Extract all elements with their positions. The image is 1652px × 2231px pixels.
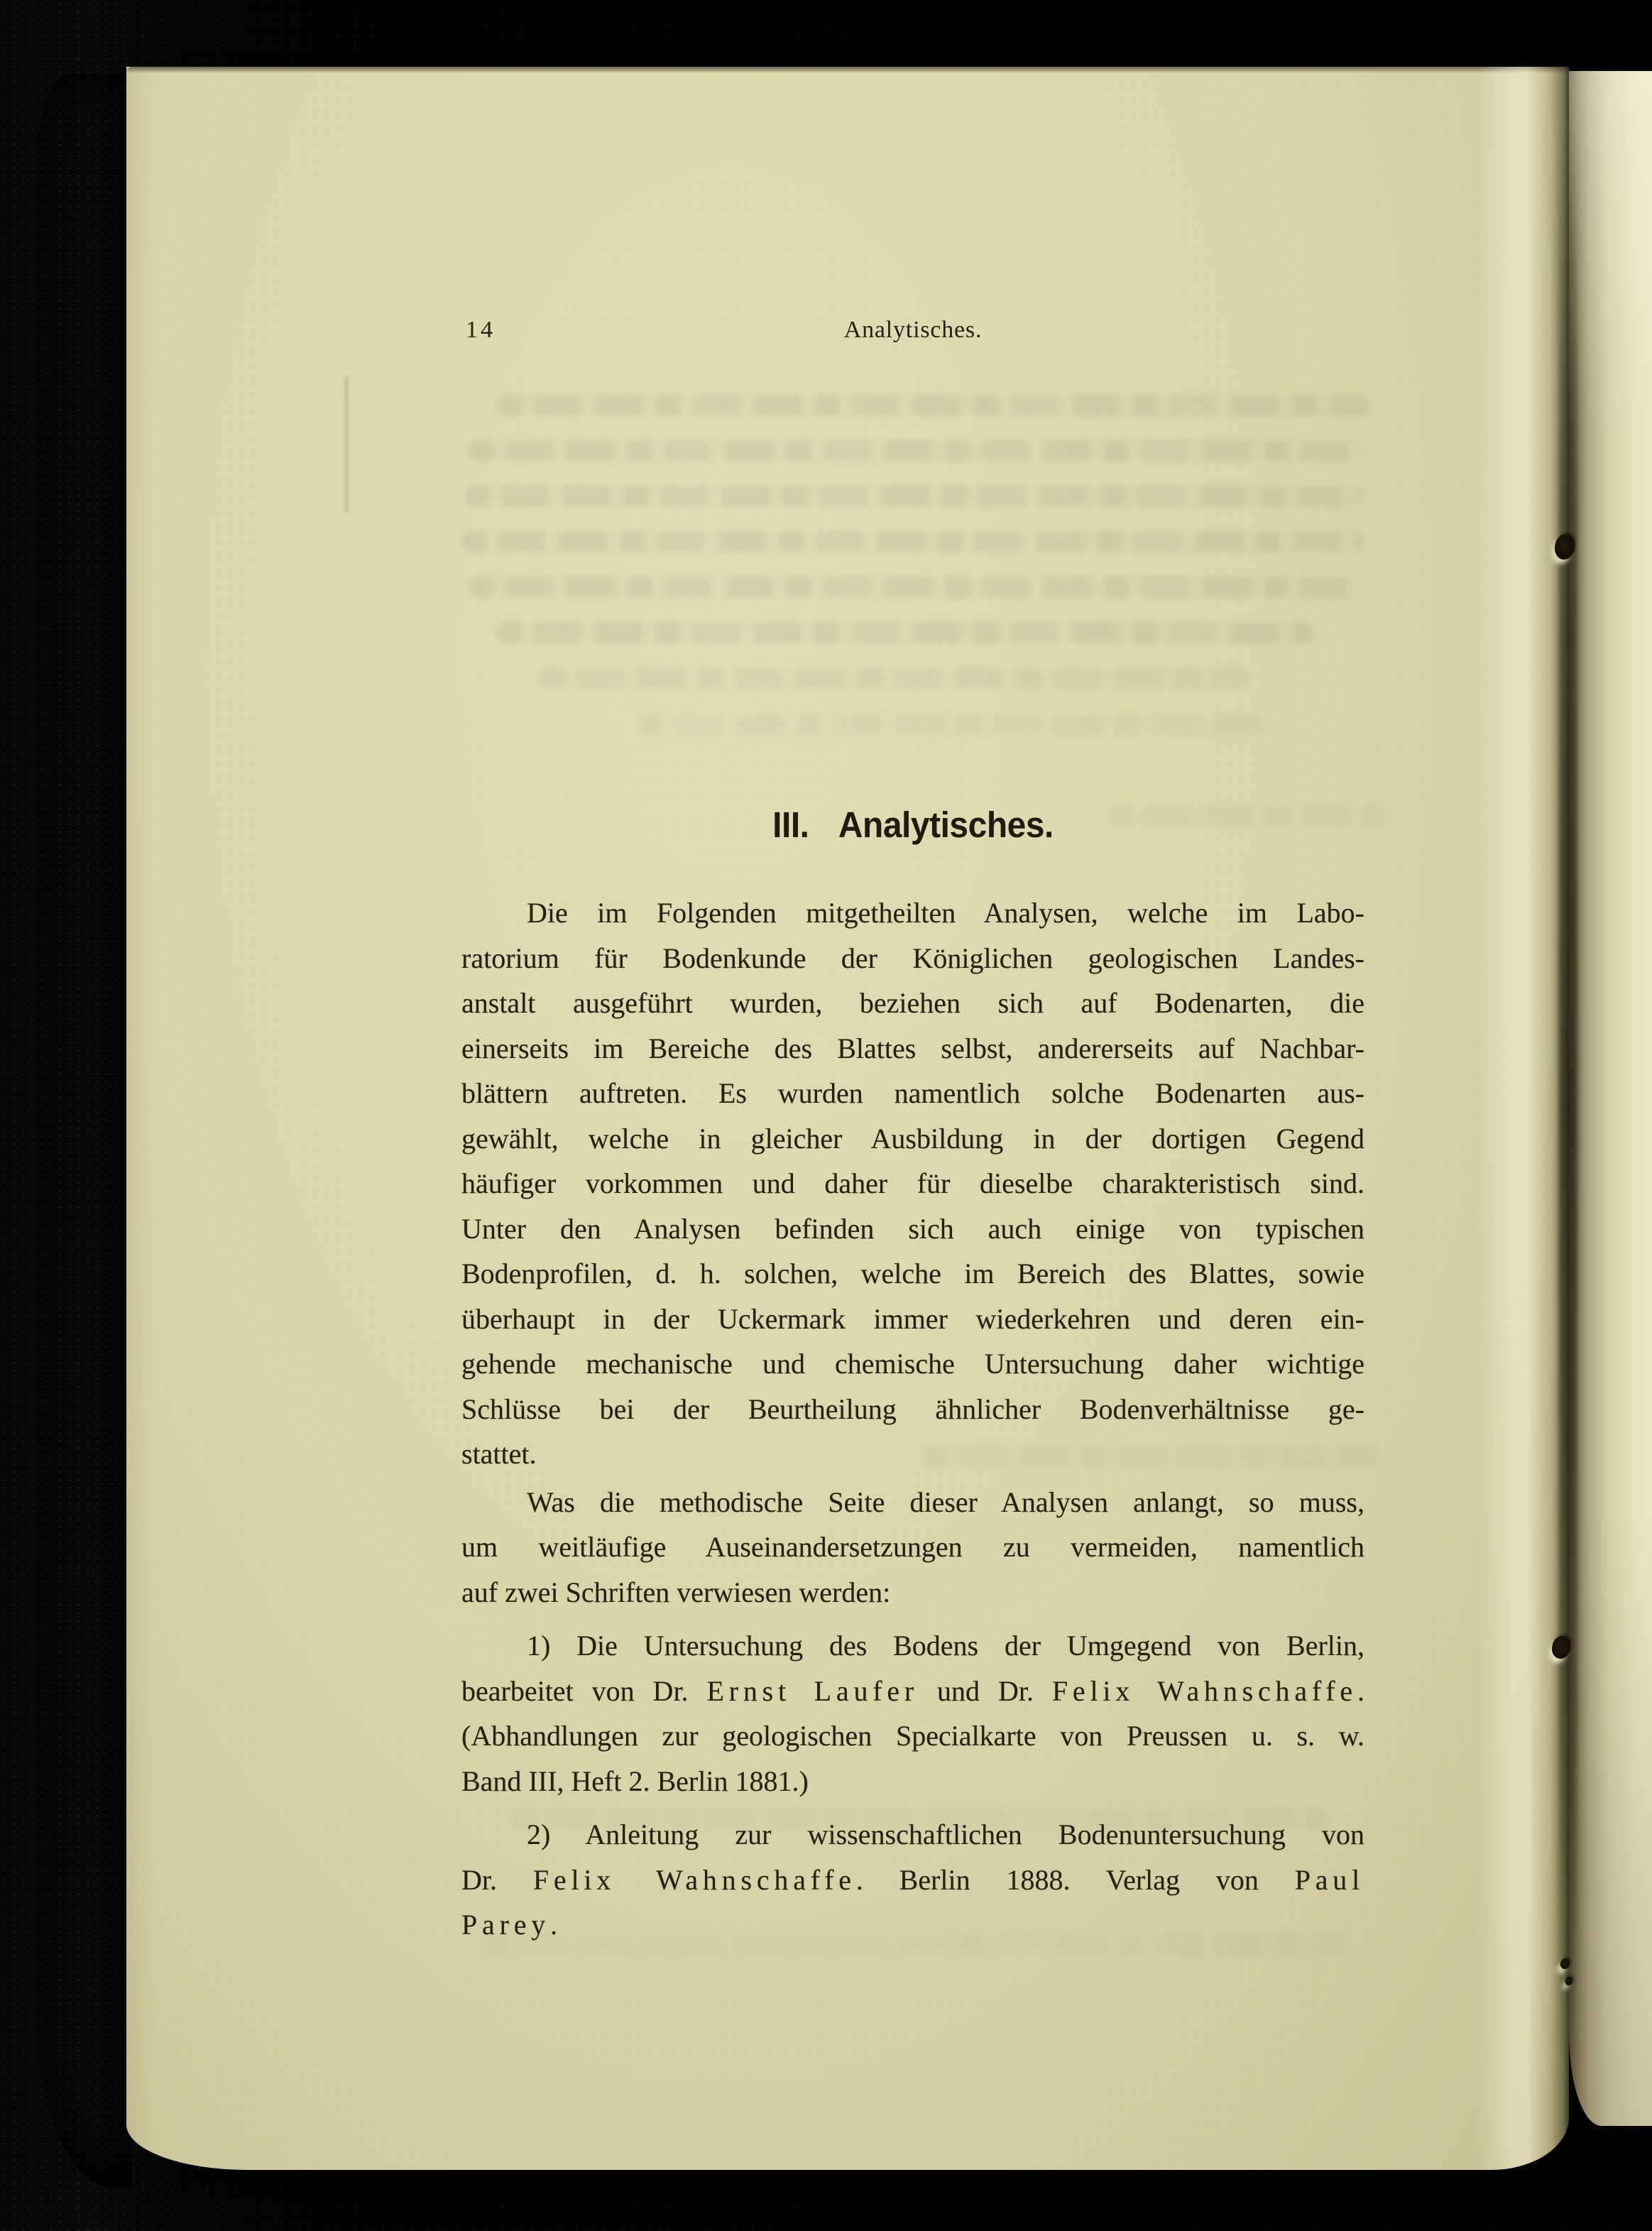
text-line: Die im Folgenden mitgetheilten Analysen,… [461,890,1364,936]
text-line: häufiger vorkommen und daher für dieselb… [461,1161,1364,1206]
text-line: Band III, Heft 2. Berlin 1881.) [461,1759,1364,1804]
text-line: gehende mechanische und chemische Unters… [461,1341,1364,1387]
text-line: anstalt ausgeführt wurden, beziehen sich… [461,981,1364,1026]
text-line: 2) Anleitung zur wissenschaftlichen Bode… [461,1812,1364,1858]
text-line: bearbeitet von Dr. Ernst Laufer und Dr. … [461,1669,1364,1714]
page-edge-stack [37,74,132,2188]
text-line: ratorium für Bodenkunde der Königlichen … [461,936,1364,981]
paragraph: 1) Die Untersuchung des Bodens der Umgeg… [461,1623,1364,1804]
section-heading: III.Analytisches. [488,804,1338,846]
letterspaced-name: Felix Wahnschaffe [533,1864,856,1896]
text-line: Unter den Analysen befinden sich auch ei… [461,1206,1364,1252]
book-page: 14 Analytisches. III.Analytisches. Die i… [126,67,1569,2170]
text-line: Dr. Felix Wahnschaffe. Berlin 1888. Verl… [461,1858,1364,1903]
next-page-edge [1569,71,1652,2126]
text-line: Parey. [461,1902,1364,1948]
running-head-row: 14 Analytisches. [461,317,1364,354]
letterspaced-name: Paul [1295,1864,1364,1896]
text-segment: Dr. [461,1864,533,1896]
text-line: um weitläufige Auseinandersetzungen zu v… [461,1524,1364,1570]
text-line: Schlüsse bei der Beurtheilung ähnlicher … [461,1387,1364,1432]
paper-scuff [345,378,348,513]
text-line: gewählt, welche in gleicher Ausbildung i… [461,1116,1364,1162]
text-line: stattet. [461,1431,1364,1477]
text-line: blättern auftreten. Es wurden namentlich… [461,1071,1364,1116]
paragraph: Die im Folgenden mitgetheilten Analysen,… [461,890,1364,1477]
text-line: (Abhandlungen zur geologischen Specialka… [461,1713,1364,1759]
text-segment: . [1357,1675,1364,1707]
text-segment: bearbeitet von Dr. [461,1675,707,1707]
letterspaced-name: Ernst Laufer [707,1675,919,1707]
text-segment: . [550,1909,557,1941]
printed-content: 14 Analytisches. III.Analytisches. Die i… [461,67,1364,2170]
gutter-shadow [1559,128,1577,2088]
text-line: Bodenprofilen, d. h. solchen, welche im … [461,1251,1364,1297]
letterspaced-name: Parey [461,1909,550,1941]
section-heading-number: III. [772,804,809,845]
text-line: Was die methodische Seite dieser Analyse… [461,1480,1364,1525]
section-heading-title: Analytisches. [838,804,1054,845]
paragraph: 2) Anleitung zur wissenschaftlichen Bode… [461,1812,1364,1948]
text-line: auf zwei Schriften verwiesen werden: [461,1570,1364,1615]
running-header: Analytisches. [461,317,1364,344]
letterspaced-name: Felix Wahnschaffe [1052,1675,1357,1707]
text-line: überhaupt in der Uckermark immer wiederk… [461,1297,1364,1342]
text-line: einerseits im Bereiche des Blattes selbs… [461,1026,1364,1071]
text-segment: . Berlin 1888. Verlag von [856,1864,1295,1896]
text-line: 1) Die Untersuchung des Bodens der Umgeg… [461,1623,1364,1669]
text-segment: und Dr. [919,1675,1052,1707]
paragraph: Was die methodische Seite dieser Analyse… [461,1480,1364,1615]
body-text: Die im Folgenden mitgetheilten Analysen,… [461,890,1364,1948]
